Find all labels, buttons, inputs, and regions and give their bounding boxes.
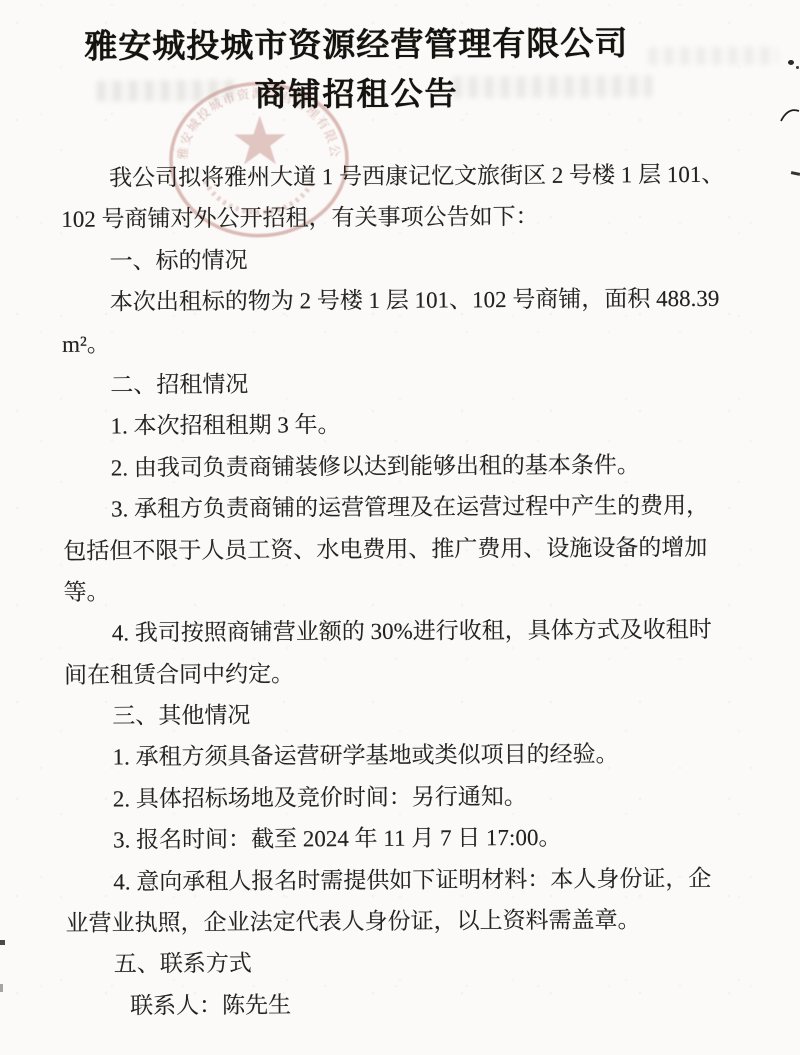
document-line: 4. 我司按照商铺营业额的 30%进行收租，具体方式及收租时 bbox=[64, 609, 774, 655]
document-title-block: 雅安城投城市资源经营管理有限公司 商铺招租公告 bbox=[36, 22, 677, 116]
document-line: 等。 bbox=[63, 567, 773, 613]
document-line: 业营业执照，企业法定代表人身份证，以上资料需盖章。 bbox=[66, 899, 776, 945]
document-line: 我公司拟将雅州大道 1 号西康记忆文旅街区 2 号楼 1 层 101、 bbox=[61, 153, 771, 199]
document-line: 间在租赁合同中约定。 bbox=[64, 650, 774, 696]
scan-artifact bbox=[796, 66, 799, 69]
scan-artifact bbox=[788, 60, 794, 65]
scanned-document-page: { "document": { "title_line1": "雅安城投城市资源… bbox=[0, 0, 800, 1055]
document-line: 3. 报名时间：截至 2024 年 11 月 7 日 17:00。 bbox=[65, 816, 775, 862]
document-line: 联系人：陈先生 bbox=[66, 981, 776, 1027]
document-line: 包括但不限于人员工资、水电费用、推广费用、设施设备的增加 bbox=[63, 526, 773, 572]
document-line: 三、其他情况 bbox=[64, 692, 774, 738]
document-line: 4. 意向承租人报名时需提供如下证明材料：本人身份证，企 bbox=[65, 857, 775, 903]
document-line: 一、标的情况 bbox=[61, 236, 771, 282]
announcement-title: 商铺招租公告 bbox=[36, 72, 676, 116]
document-line: 2. 具体招标场地及竞价时间：另行通知。 bbox=[65, 774, 775, 820]
document-line: 1. 本次招租租期 3 年。 bbox=[62, 402, 772, 448]
scan-artifact bbox=[780, 106, 800, 124]
document-line: 本次出租标的物为 2 号楼 1 层 101、102 号商铺，面积 488.39 bbox=[62, 278, 772, 324]
scan-artifact bbox=[0, 984, 3, 992]
document-line: m²。 bbox=[62, 319, 772, 365]
document-line: 二、招租情况 bbox=[62, 360, 772, 406]
document-line: 五、联系方式 bbox=[66, 940, 776, 986]
document-scan-content: 雅安城投城市资源经营管理有限公司 雅安城投城市资源经营管理有限公司 商铺招租公告… bbox=[0, 0, 800, 1055]
document-body: 我公司拟将雅州大道 1 号西康记忆文旅街区 2 号楼 1 层 101、102 号… bbox=[61, 153, 776, 1027]
scan-artifact bbox=[0, 940, 5, 945]
company-name-title: 雅安城投城市资源经营管理有限公司 bbox=[36, 22, 676, 70]
document-line: 3. 承租方负责商铺的运营管理及在运营过程中产生的费用， bbox=[63, 485, 773, 531]
document-line: 102 号商铺对外公开招租，有关事项公告如下： bbox=[61, 195, 771, 241]
document-line: 1. 承租方须具备运营研学基地或类似项目的经验。 bbox=[64, 733, 774, 779]
document-line: 2. 由我司负责商铺装修以达到能够出租的基本条件。 bbox=[63, 443, 773, 489]
